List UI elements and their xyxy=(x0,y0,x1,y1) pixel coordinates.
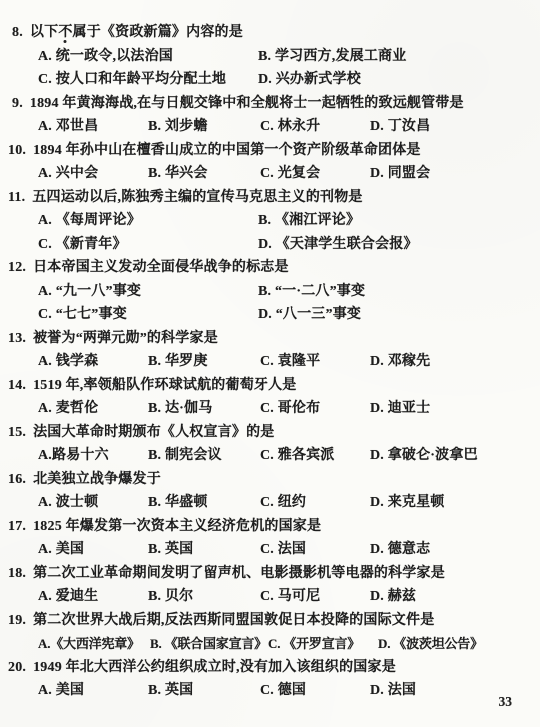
option-a: A. 麦哲伦 xyxy=(38,397,148,421)
question-stem: 11.五四运动以后,陈独秀主编的宣传马克思主义的刊物是 xyxy=(0,186,540,210)
question-text: 1949 年北大西洋公约组织成立时,没有加入该组织的国家是 xyxy=(33,660,396,675)
option-c: C. “七七”事变 xyxy=(38,303,258,327)
question-number: 8. xyxy=(12,21,23,45)
question-8: 8.以下不属于《资政新篇》内容的是 A. 统一政令,以法治国 B. 学习西方,发… xyxy=(0,21,540,92)
option-a: A. 波士顿 xyxy=(38,491,148,515)
question-text: 法国大革命时期颁布《人权宣言》的是 xyxy=(33,425,274,440)
option-b: B. 华盛顿 xyxy=(148,491,260,515)
question-number: 20. xyxy=(8,656,26,680)
question-number: 15. xyxy=(8,421,26,445)
question-19: 19.第二次世界大战后期,反法西斯同盟国敦促日本投降的国际文件是 A.《大西洋宪… xyxy=(0,609,540,656)
options-row: A.路易十六 B. 制宪会议 C. 雅各宾派 D. 拿破仑·波拿巴 xyxy=(0,444,540,468)
option-a: A. 兴中会 xyxy=(38,162,148,186)
question-stem: 15.法国大革命时期颁布《人权宣言》的是 xyxy=(0,421,540,445)
option-a: A. 统一政令,以法治国 xyxy=(38,45,258,69)
option-d: D. 兴办新式学校 xyxy=(258,68,540,92)
question-stem: 13.被誉为“两弹元勋”的科学家是 xyxy=(0,327,540,351)
options-row: A. 钱学森 B. 华罗庚 C. 袁隆平 D. 邓稼先 xyxy=(0,350,540,374)
option-a: A. 美国 xyxy=(38,538,148,562)
option-c: C. 雅各宾派 xyxy=(260,444,370,468)
question-number: 12. xyxy=(8,256,26,280)
question-stem: 9.1894 年黄海海战,在与日舰交锋中和全舰将士一起牺牲的致远舰管带是 xyxy=(0,92,540,116)
question-text: 五四运动以后,陈独秀主编的宣传马克思主义的刊物是 xyxy=(32,190,362,205)
question-text: 1894 年孙中山在檀香山成立的中国第一个资产阶级革命团体是 xyxy=(33,143,421,158)
question-stem: 12.日本帝国主义发动全面侵华战争的标志是 xyxy=(0,256,540,280)
question-number: 19. xyxy=(8,609,26,633)
option-c: C. 法国 xyxy=(260,538,370,562)
option-a: A. 美国 xyxy=(38,679,148,703)
option-c: C. 纽约 xyxy=(260,491,370,515)
question-17: 17.1825 年爆发第一次资本主义经济危机的国家是 A. 美国 B. 英国 C… xyxy=(0,515,540,562)
question-10: 10.1894 年孙中山在檀香山成立的中国第一个资产阶级革命团体是 A. 兴中会… xyxy=(0,139,540,186)
question-stem: 19.第二次世界大战后期,反法西斯同盟国敦促日本投降的国际文件是 xyxy=(0,609,540,633)
option-c: C. 袁隆平 xyxy=(260,350,370,374)
question-text: 以下不属于《资政新篇》内容的是 xyxy=(30,25,243,40)
question-list: 8.以下不属于《资政新篇》内容的是 A. 统一政令,以法治国 B. 学习西方,发… xyxy=(0,0,540,703)
option-d: D. 丁汝昌 xyxy=(370,115,540,139)
option-a: A. “九一八”事变 xyxy=(38,280,258,304)
options-row: A. 爱迪生 B. 贝尔 C. 马可尼 D. 赫兹 xyxy=(0,585,540,609)
question-number: 13. xyxy=(8,327,26,351)
options-row: A. “九一八”事变 B. “一·二八”事变 C. “七七”事变 D. “八一三… xyxy=(0,280,540,327)
question-text: 1825 年爆发第一次资本主义经济危机的国家是 xyxy=(33,519,321,534)
option-b: B. 达·伽马 xyxy=(148,397,260,421)
question-stem: 18.第二次工业革命期间发明了留声机、电影摄影机等电器的科学家是 xyxy=(0,562,540,586)
question-text: 被誉为“两弹元勋”的科学家是 xyxy=(33,331,218,346)
option-d: D. “八一三”事变 xyxy=(258,303,540,327)
question-stem: 17.1825 年爆发第一次资本主义经济危机的国家是 xyxy=(0,515,540,539)
option-a: A. 《每周评论》 xyxy=(38,209,258,233)
question-text: 第二次世界大战后期,反法西斯同盟国敦促日本投降的国际文件是 xyxy=(33,613,434,628)
option-c: C. 光复会 xyxy=(260,162,370,186)
option-c: C. 马可尼 xyxy=(260,585,370,609)
option-a: A. 邓世昌 xyxy=(38,115,148,139)
question-number: 11. xyxy=(8,186,25,210)
option-a: A. 钱学森 xyxy=(38,350,148,374)
question-14: 14.1519 年,率领船队作环球试航的葡萄牙人是 A. 麦哲伦 B. 达·伽马… xyxy=(0,374,540,421)
option-b: B. 《湘江评论》 xyxy=(258,209,540,233)
option-c: C. 德国 xyxy=(260,679,370,703)
option-d: D. 邓稼先 xyxy=(370,350,540,374)
question-number: 10. xyxy=(8,139,26,163)
question-number: 17. xyxy=(8,515,26,539)
option-c: C. 《新青年》 xyxy=(38,233,258,257)
question-text: 北美独立战争爆发于 xyxy=(33,472,161,487)
option-d: D. 拿破仑·波拿巴 xyxy=(370,444,540,468)
options-row: A.《大西洋宪章》 B. 《联合国家宣言》 C. 《开罗宣言》 D. 《波茨坦公… xyxy=(0,632,540,656)
question-20: 20.1949 年北大西洋公约组织成立时,没有加入该组织的国家是 A. 美国 B… xyxy=(0,656,540,703)
option-c: C. 按人口和年龄平均分配土地 xyxy=(38,68,258,92)
option-d: D. 德意志 xyxy=(370,538,540,562)
option-d: D. 《天津学生联合会报》 xyxy=(258,233,540,257)
question-18: 18.第二次工业革命期间发明了留声机、电影摄影机等电器的科学家是 A. 爱迪生 … xyxy=(0,562,540,609)
question-9: 9.1894 年黄海海战,在与日舰交锋中和全舰将士一起牺牲的致远舰管带是 A. … xyxy=(0,92,540,139)
exam-page: 8.以下不属于《资政新篇》内容的是 A. 统一政令,以法治国 B. 学习西方,发… xyxy=(0,0,540,727)
question-text: 日本帝国主义发动全面侵华战争的标志是 xyxy=(33,260,289,275)
option-d: D. 法国 xyxy=(370,679,540,703)
question-stem: 14.1519 年,率领船队作环球试航的葡萄牙人是 xyxy=(0,374,540,398)
question-number: 18. xyxy=(8,562,26,586)
question-12: 12.日本帝国主义发动全面侵华战争的标志是 A. “九一八”事变 B. “一·二… xyxy=(0,256,540,327)
options-row: A. 统一政令,以法治国 B. 学习西方,发展工商业 C. 按人口和年龄平均分配… xyxy=(0,45,540,92)
question-stem: 20.1949 年北大西洋公约组织成立时,没有加入该组织的国家是 xyxy=(0,656,540,680)
question-text: 1519 年,率领船队作环球试航的葡萄牙人是 xyxy=(33,378,296,393)
options-row: A. 美国 B. 英国 C. 法国 D. 德意志 xyxy=(0,538,540,562)
options-row: A. 兴中会 B. 华兴会 C. 光复会 D. 同盟会 xyxy=(0,162,540,186)
options-row: A. 波士顿 B. 华盛顿 C. 纽约 D. 来克星顿 xyxy=(0,491,540,515)
emphasized-char: 不 xyxy=(58,25,72,40)
option-d: D. 《波茨坦公告》 xyxy=(378,632,540,656)
question-text: 第二次工业革命期间发明了留声机、电影摄影机等电器的科学家是 xyxy=(33,566,445,581)
question-stem: 8.以下不属于《资政新篇》内容的是 xyxy=(0,21,540,45)
option-b: B. 华兴会 xyxy=(148,162,260,186)
question-16: 16.北美独立战争爆发于 A. 波士顿 B. 华盛顿 C. 纽约 D. 来克星顿 xyxy=(0,468,540,515)
options-row: A. 邓世昌 B. 刘步蟾 C. 林永升 D. 丁汝昌 xyxy=(0,115,540,139)
option-c: C. 《开罗宣言》 xyxy=(268,632,378,656)
question-number: 9. xyxy=(12,92,23,116)
option-b: B. 华罗庚 xyxy=(148,350,260,374)
question-15: 15.法国大革命时期颁布《人权宣言》的是 A.路易十六 B. 制宪会议 C. 雅… xyxy=(0,421,540,468)
question-13: 13.被誉为“两弹元勋”的科学家是 A. 钱学森 B. 华罗庚 C. 袁隆平 D… xyxy=(0,327,540,374)
question-number: 14. xyxy=(8,374,26,398)
option-b: B. 刘步蟾 xyxy=(148,115,260,139)
question-text: 1894 年黄海海战,在与日舰交锋中和全舰将士一起牺牲的致远舰管带是 xyxy=(30,96,464,111)
page-number: 33 xyxy=(499,694,513,710)
options-row: A. 麦哲伦 B. 达·伽马 C. 哥伦布 D. 迪亚士 xyxy=(0,397,540,421)
question-number: 16. xyxy=(8,468,26,492)
question-11: 11.五四运动以后,陈独秀主编的宣传马克思主义的刊物是 A. 《每周评论》 B.… xyxy=(0,186,540,257)
option-a: A. 爱迪生 xyxy=(38,585,148,609)
option-d: D. 同盟会 xyxy=(370,162,540,186)
question-stem: 10.1894 年孙中山在檀香山成立的中国第一个资产阶级革命团体是 xyxy=(0,139,540,163)
option-a: A.路易十六 xyxy=(38,444,148,468)
options-row: A. 《每周评论》 B. 《湘江评论》 C. 《新青年》 D. 《天津学生联合会… xyxy=(0,209,540,256)
option-d: D. 来克星顿 xyxy=(370,491,540,515)
option-c: C. 哥伦布 xyxy=(260,397,370,421)
option-d: D. 迪亚士 xyxy=(370,397,540,421)
option-b: B. 贝尔 xyxy=(148,585,260,609)
option-b: B. 《联合国家宣言》 xyxy=(150,632,268,656)
question-stem: 16.北美独立战争爆发于 xyxy=(0,468,540,492)
option-b: B. 学习西方,发展工商业 xyxy=(258,45,540,69)
option-a: A.《大西洋宪章》 xyxy=(38,632,150,656)
option-b: B. 英国 xyxy=(148,679,260,703)
option-b: B. 英国 xyxy=(148,538,260,562)
option-b: B. “一·二八”事变 xyxy=(258,280,540,304)
options-row: A. 美国 B. 英国 C. 德国 D. 法国 xyxy=(0,679,540,703)
option-c: C. 林永升 xyxy=(260,115,370,139)
option-d: D. 赫兹 xyxy=(370,585,540,609)
option-b: B. 制宪会议 xyxy=(148,444,260,468)
